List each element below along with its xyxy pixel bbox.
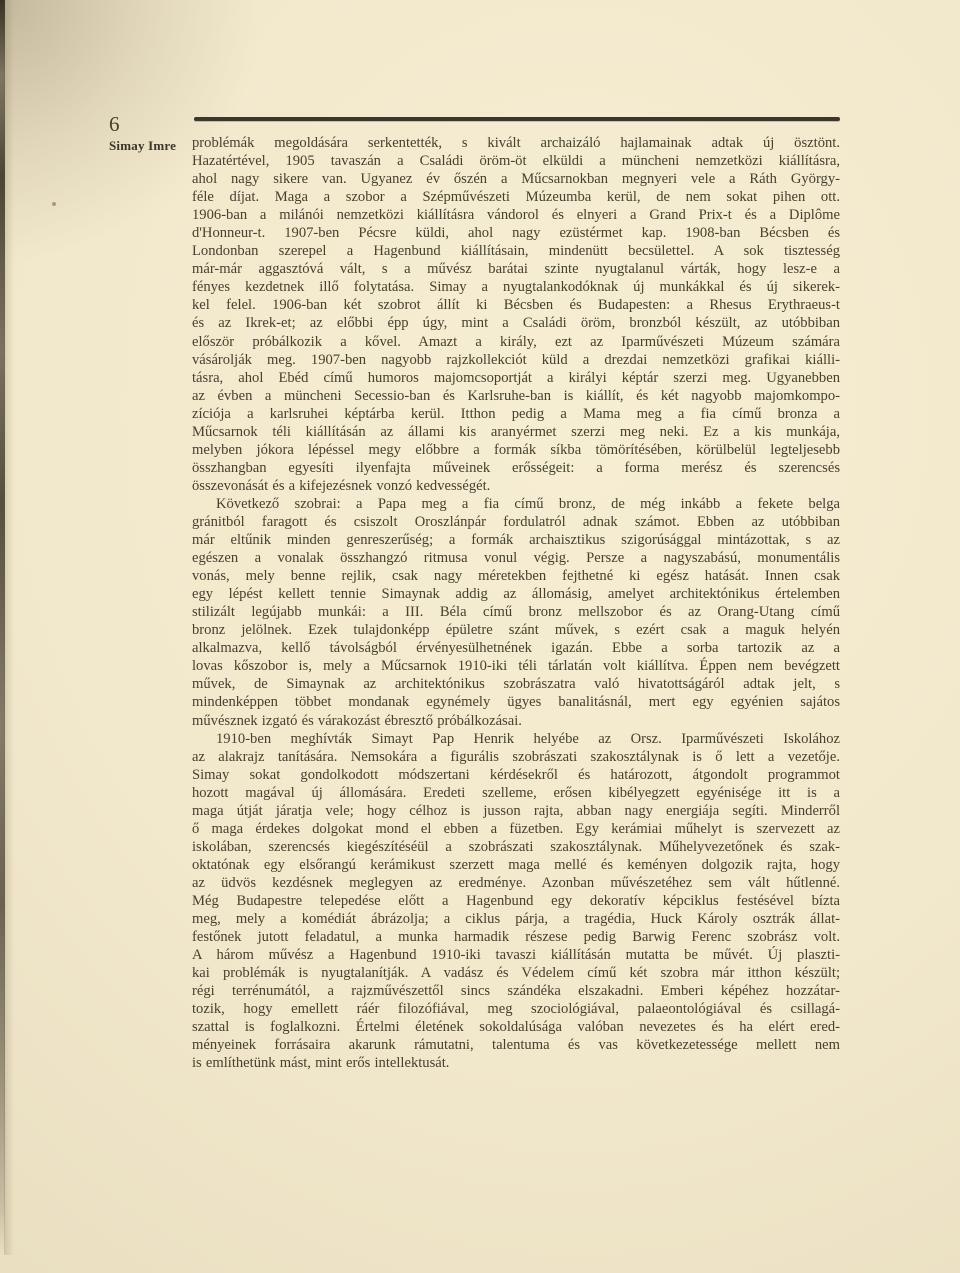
page-number: 6 [109, 114, 120, 135]
page-left-edge-soft-shadow [4, 0, 14, 1255]
scanned-book-page: { "page": { "number": "6", "margin_note"… [0, 0, 960, 1273]
text-line: Hazatértével, 1905 tavaszán a Családi ör… [192, 152, 840, 170]
text-line: meg, mely a komédiát ábrázolja; a ciklus… [192, 910, 840, 928]
text-line: melyben jókora lépéssel megy előbbre a f… [192, 441, 840, 459]
text-line: Simay sokat gondolkodott módszertani kér… [192, 766, 840, 784]
text-line: lovas kőszobor is, mely a Műcsarnok 1910… [192, 657, 840, 675]
text-line: alkalmazva, kellő távolságból érvényesül… [192, 639, 840, 657]
text-line: A három művész a Hagenbund 1910-iki tava… [192, 946, 840, 964]
text-line: Következő szobrai: a Papa meg a fia című… [192, 495, 840, 513]
text-line: összhangban egyesíti ilyenfajta műveinek… [192, 459, 840, 477]
text-line: iskolában, szerencsés kiegészítéséül a s… [192, 838, 840, 856]
text-line: maga útját járatja vele; hogy célhoz is … [192, 802, 840, 820]
text-line: már-már aggasztóvá vált, s a művész bará… [192, 260, 840, 278]
margin-note-author: Simay Imre [109, 139, 191, 153]
text-line: ő maga érdekes dolgokat mond el ebben a … [192, 820, 840, 838]
text-line: először próbálkozik a kővel. Amazt a kir… [192, 333, 840, 351]
text-line: az évben a müncheni Secessio-ban és Karl… [192, 387, 840, 405]
text-line: festőnek jutott feladatul, a munka harma… [192, 928, 840, 946]
text-line: ményeinek forrásaira akarunk rámutatni, … [192, 1036, 840, 1054]
text-line: kai problémák is nyugtalanítják. A vadás… [192, 964, 840, 982]
text-line: vásárolják meg. 1907-ben nagyobb rajzkol… [192, 351, 840, 369]
text-line: szattal is foglalkozni. Értelmi életének… [192, 1018, 840, 1036]
text-line: hozott magával új állomására. Eredeti sz… [192, 784, 840, 802]
text-line: gránitból faragott és csiszolt Oroszlánp… [192, 513, 840, 531]
text-line: 1906-ban a milánói nemzetközi kiállításr… [192, 206, 840, 224]
text-line: már eltűnik minden genreszerűség; a form… [192, 531, 840, 549]
text-line: vonás, mely benne rejlik, csak nagy mére… [192, 567, 840, 585]
text-line: oktatónak egy elsőrangú kerámikust szerz… [192, 856, 840, 874]
text-line: problémák megoldására serkentették, s ki… [192, 134, 840, 152]
paper-speck [52, 202, 56, 206]
text-line: is említhetünk mást, mint erős intellekt… [192, 1054, 840, 1072]
text-line: és az Ikrek-et; az előbbi épp úgy, mint … [192, 314, 840, 332]
text-line: Műcsarnok téli kiállításán az állami kis… [192, 423, 840, 441]
text-line: zíciója a karlsruhei képtárba kerül. Itt… [192, 405, 840, 423]
text-line: művésznek izgató és várakozást ébresztő … [192, 712, 840, 730]
text-line: ahol nagy sikere van. Ugyanez év őszén a… [192, 170, 840, 188]
text-line: egészen a vonalak összhangzó ritmusa von… [192, 549, 840, 567]
text-line: Londonban szerepel a Hagenbund kiállítás… [192, 242, 840, 260]
text-line: tásra, ahol Ebéd című humoros majomcsopo… [192, 369, 840, 387]
text-line: egy lépést kellett tennie Simaynak addig… [192, 585, 840, 603]
text-line: összevonását és a kifejezésnek vonzó ked… [192, 477, 840, 495]
text-line: 1910-ben meghívták Simayt Pap Henrik hel… [192, 730, 840, 748]
body-text: problémák megoldására serkentették, s ki… [192, 134, 840, 1072]
text-line: kel felel. 1906-ban két szobrot állít ki… [192, 296, 840, 314]
text-line: tozik, hogy emellett ráér filozófiával, … [192, 1000, 840, 1018]
text-line: az alakrajz tanítására. Nemsokára a figu… [192, 748, 840, 766]
text-line: mindenképpen többet mondanak egynémely ü… [192, 693, 840, 711]
text-line: d'Honneur-t. 1907-ben Pécsre küldi, ahol… [192, 224, 840, 242]
text-line: stilizált legújabb munkái: a III. Béla c… [192, 603, 840, 621]
text-line: az üdvös kezdésnek meglegyen az eredmény… [192, 874, 840, 892]
text-line: bronz jelölnek. Ezek tulajdonképp épület… [192, 621, 840, 639]
text-line: régi terrénumától, a rajzművészettől sin… [192, 982, 840, 1000]
header-rule [194, 117, 840, 121]
text-line: fényes kezdetnek illő folytatása. Simay … [192, 278, 840, 296]
text-line: Még Budapestre telepedése előtt a Hagenb… [192, 892, 840, 910]
text-line: féle díjat. Maga a szobor a Szépművészet… [192, 188, 840, 206]
text-line: művek, de Simaynak az architektónikus sz… [192, 675, 840, 693]
